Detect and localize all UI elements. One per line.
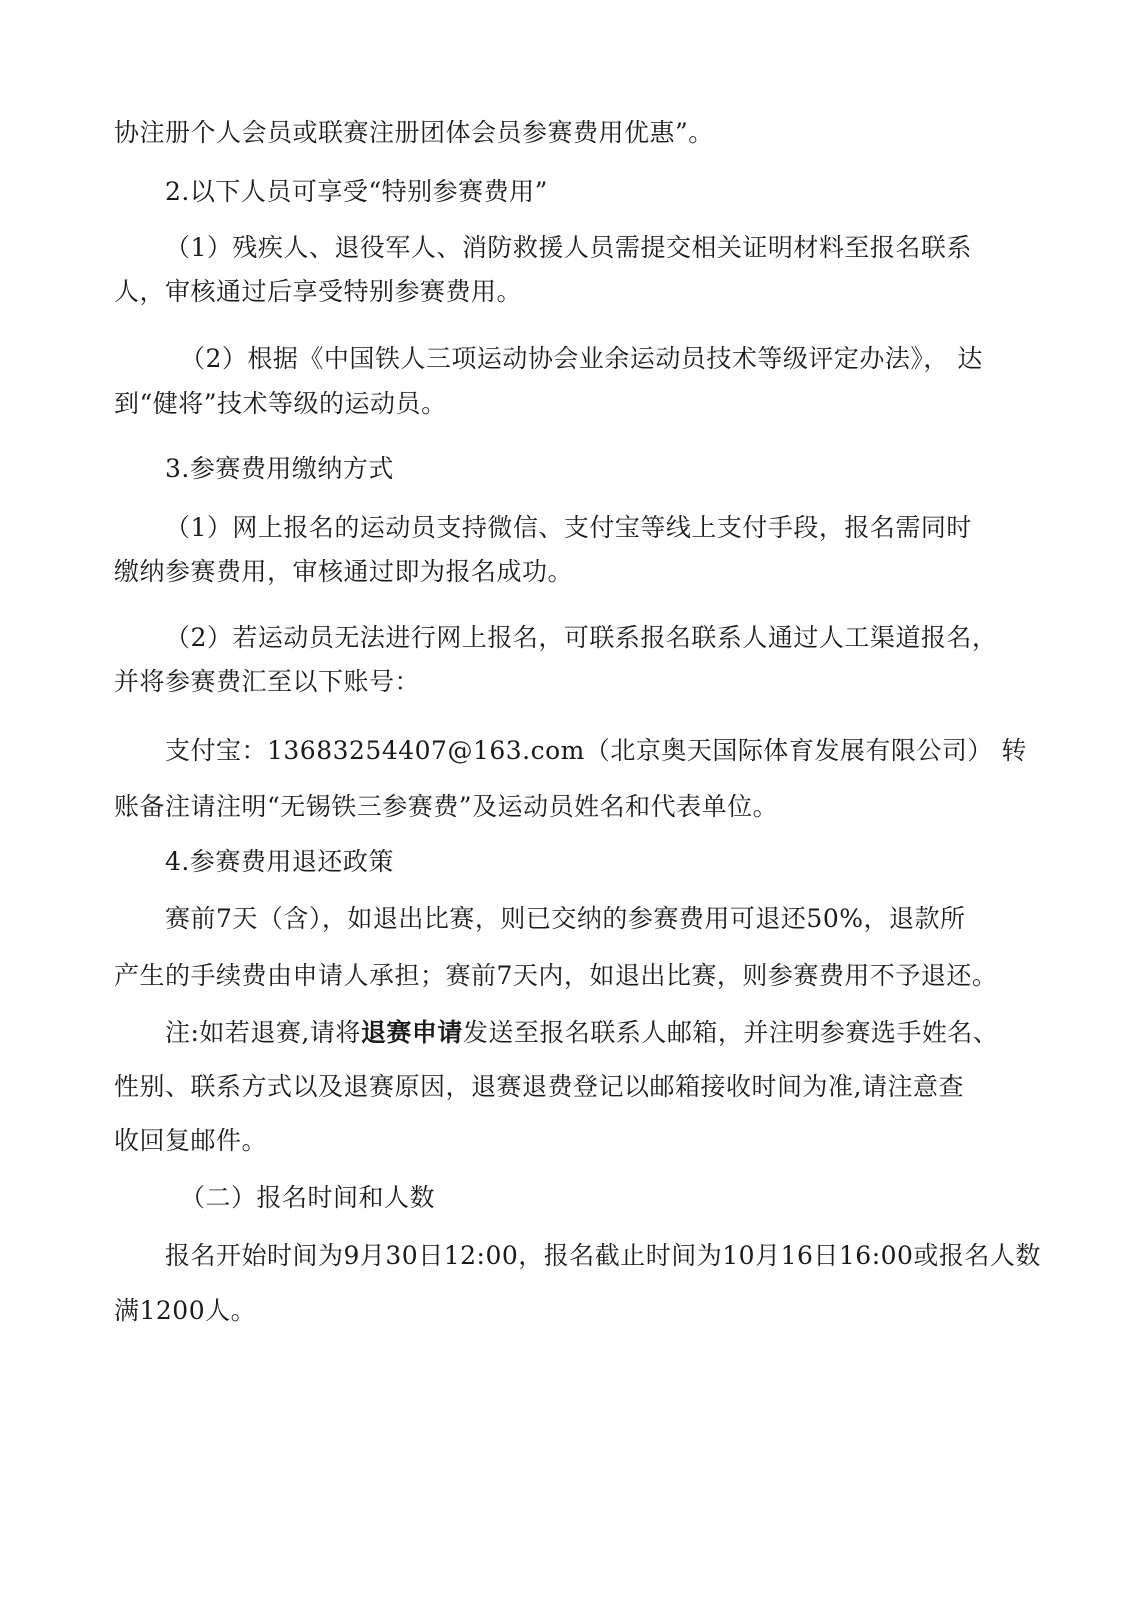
section-heading-special-fee: 2.以下人员可享受“特别参赛费用” — [165, 176, 548, 208]
paragraph-line: 到“健将”技术等级的运动员。 — [114, 388, 447, 420]
section-heading-refund: 4.参赛费用退还政策 — [165, 846, 394, 878]
paragraph-line: 报名开始时间为9月30日12:00，报名截止时间为10月16日16:00或报名人… — [165, 1240, 1041, 1272]
document-page: 协注册个人会员或联赛注册团体会员参赛费用优惠”。 2.以下人员可享受“特别参赛费… — [0, 0, 1131, 1600]
note-text: 注:如若退赛,请将 — [165, 1018, 361, 1047]
paragraph-line: 缴纳参赛费用，审核通过即为报名成功。 — [114, 556, 573, 588]
paragraph-line: 协注册个人会员或联赛注册团体会员参赛费用优惠”。 — [114, 117, 714, 149]
section-heading-registration-time: （二）报名时间和人数 — [180, 1182, 435, 1214]
paragraph-line: 收回复邮件。 — [114, 1125, 267, 1157]
paragraph-line: （2）根据《中国铁人三项运动协会业余运动员技术等级评定办法》， 达 — [180, 343, 983, 375]
paragraph-line: （2）若运动员无法进行网上报名，可联系报名联系人通过人工渠道报名， — [165, 622, 997, 654]
paragraph-line: 并将参赛费汇至以下账号： — [114, 666, 420, 698]
note-line: 注:如若退赛,请将退赛申请发送至报名联系人邮箱，并注明参赛选手姓名、 — [165, 1017, 998, 1049]
paragraph-line: （1）残疾人、退役军人、消防救援人员需提交相关证明材料至报名联系 — [165, 232, 972, 264]
paragraph-line: 产生的手续费由申请人承担；赛前7天内，如退出比赛，则参赛费用不予退还。 — [114, 960, 997, 992]
section-heading-payment: 3.参赛费用缴纳方式 — [165, 453, 394, 485]
note-emphasis: 退赛申请 — [361, 1018, 463, 1047]
paragraph-line: （1）网上报名的运动员支持微信、支付宝等线上支付手段，报名需同时 — [165, 512, 972, 544]
paragraph-line: 人，审核通过后享受特别参赛费用。 — [114, 276, 522, 308]
paragraph-line: 满1200人。 — [114, 1295, 256, 1327]
alipay-account-line: 支付宝：13683254407@163.com（北京奥天国际体育发展有限公司） … — [165, 735, 1027, 767]
paragraph-line: 性别、联系方式以及退赛原因，退赛退费登记以邮箱接收时间为准,请注意查 — [114, 1071, 964, 1103]
paragraph-line: 账备注请注明“无锡铁三参赛费”及运动员姓名和代表单位。 — [114, 791, 778, 823]
paragraph-line: 赛前7天（含），如退出比赛，则已交纳的参赛费用可退还50%，退款所 — [165, 903, 965, 935]
note-text: 发送至报名联系人邮箱，并注明参赛选手姓名、 — [463, 1018, 999, 1047]
